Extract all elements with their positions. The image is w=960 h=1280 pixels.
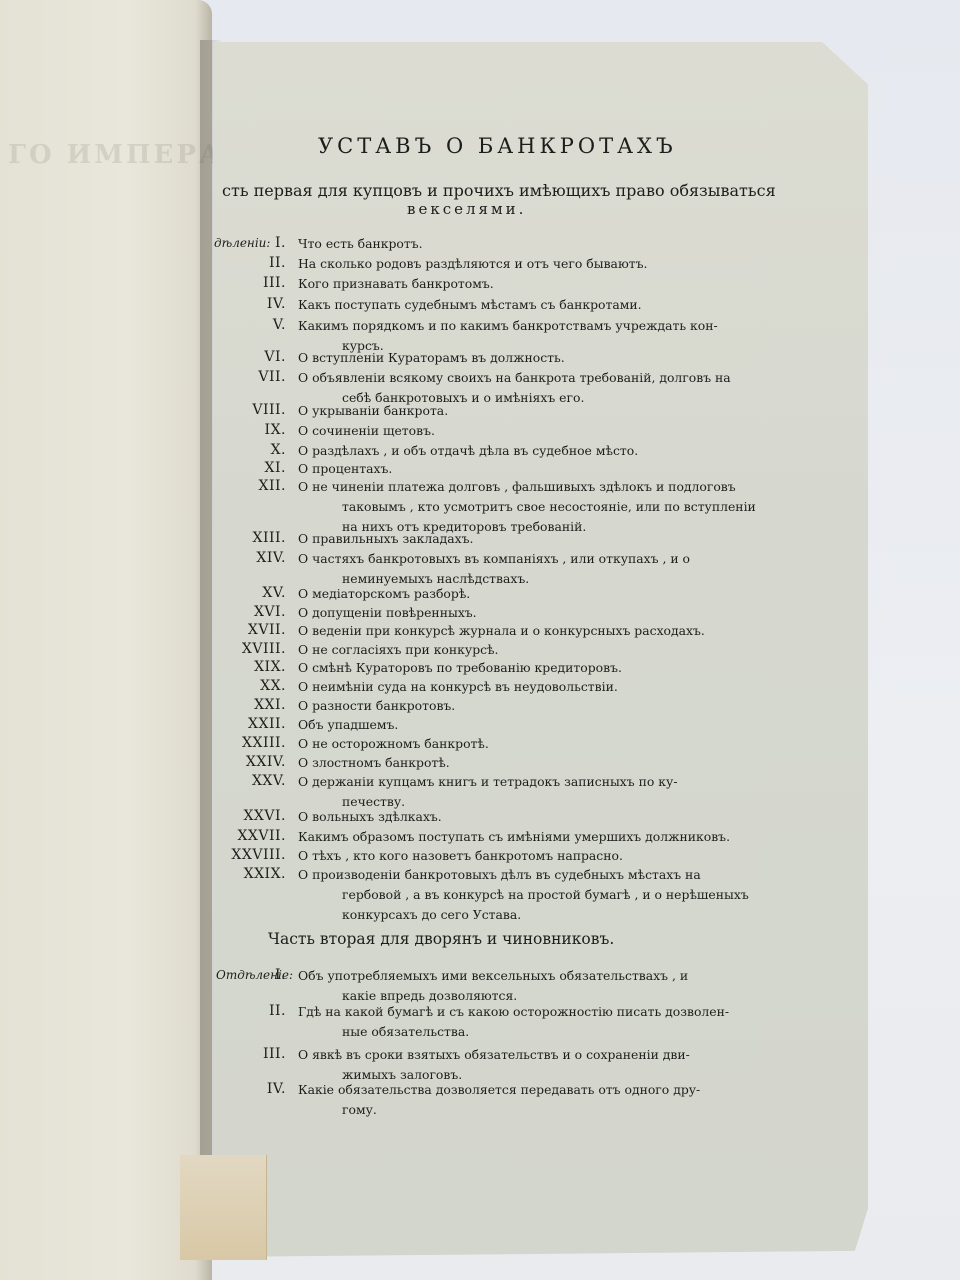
toc-entry: XVI.О допущенiи повѣренныхъ. xyxy=(298,604,477,621)
chapter-number: III. xyxy=(206,1046,286,1063)
toc-entry: III.Кого признавать банкротомъ. xyxy=(298,275,494,292)
chapter-number: XV. xyxy=(206,585,286,602)
chapter-number: XXVIII. xyxy=(206,847,286,864)
part1-heading-cont: векселями. xyxy=(407,200,526,218)
chapter-title: Какимъ порядкомъ и по какимъ банкротства… xyxy=(298,317,718,334)
chapter-title: На сколько родовъ раздѣляются и отъ чего… xyxy=(298,255,647,272)
chapter-title: О злостномъ банкротѣ. xyxy=(298,754,450,771)
chapter-title: О веденiи при конкурсѣ журнала и о конку… xyxy=(298,622,705,639)
toc-entry: XXVI.О вольныхъ здѣлкахъ. xyxy=(298,808,442,825)
toc-entry: XXIII.О не осторожномъ банкротѣ. xyxy=(298,735,489,752)
chapter-number: XXVI. xyxy=(206,808,286,825)
chapter-title: Какимъ образомъ поступать съ имѣнiями ум… xyxy=(298,828,730,845)
chapter-title: О правильныхъ закладахъ. xyxy=(298,530,473,547)
chapter-number: XVIII. xyxy=(206,641,286,658)
chapter-title: О медiаторскомъ разборѣ. xyxy=(298,585,470,602)
toc-entry: XXVIII.О тѣхъ , кто кого назоветъ банкро… xyxy=(298,847,623,864)
chapter-title-continued: гому. xyxy=(298,1101,700,1118)
part1-heading: сть первая для купцовъ и прочихъ имѣющих… xyxy=(222,181,776,200)
toc-entry: VII.О объявленiи всякому своихъ на банкр… xyxy=(298,369,731,406)
chapter-number: XXIX. xyxy=(206,866,286,883)
document-text: УСТАВЪ О БАНКРОТАХЪ сть первая для купцо… xyxy=(0,0,960,1280)
chapter-number: II. xyxy=(206,255,286,272)
chapter-title: О не чиненiи платежа долговъ , фальшивых… xyxy=(298,478,756,495)
toc-entry: XXI.О разности банкротовъ. xyxy=(298,697,455,714)
toc-entry: X.О раздѣлахъ , и объ отдачѣ дѣла въ суд… xyxy=(298,442,638,459)
chapter-number: XXIII. xyxy=(206,735,286,752)
chapter-title: О держанiи купцамъ книгъ и тетрадокъ зап… xyxy=(298,773,678,790)
toc-entry: XXII.Объ упадшемъ. xyxy=(298,716,398,733)
chapter-title: О вступленiи Кураторамъ въ должность. xyxy=(298,349,565,366)
toc-entry: XIV.О частяхъ банкротовыхъ въ компанiяхъ… xyxy=(298,550,690,587)
chapter-title: О неимѣнiи суда на конкурсѣ въ неудоволь… xyxy=(298,678,618,695)
chapter-number: XXI. xyxy=(206,697,286,714)
chapter-number: XII. xyxy=(206,478,286,495)
chapter-title: Объ упадшемъ. xyxy=(298,716,398,733)
chapter-number: I. xyxy=(206,967,286,984)
toc-entry: I.Что есть банкротъ. xyxy=(298,235,423,252)
toc-entry: XIX.О смѣнѣ Кураторовъ по требованiю кре… xyxy=(298,659,622,676)
toc-entry: III.О явкѣ въ сроки взятыхъ обязательств… xyxy=(298,1046,690,1083)
chapter-number: XIII. xyxy=(206,530,286,547)
chapter-title: Объ употребляемыхъ ими вексельныхъ обяза… xyxy=(298,967,688,984)
chapter-number: VIII. xyxy=(206,402,286,419)
chapter-number: XXV. xyxy=(206,773,286,790)
part2-heading: Часть вторая для дворянъ и чиновниковъ. xyxy=(268,930,614,948)
chapter-number: X. xyxy=(206,442,286,459)
chapter-title-continued: гербовой , а въ конкурсѣ на простой бума… xyxy=(298,886,749,903)
toc-entry: XX.О неимѣнiи суда на конкурсѣ въ неудов… xyxy=(298,678,618,695)
chapter-title: О не согласiяхъ при конкурсѣ. xyxy=(298,641,498,658)
chapter-number: II. xyxy=(206,1003,286,1020)
toc-entry: VI.О вступленiи Кураторамъ въ должность. xyxy=(298,349,565,366)
chapter-title-continued: конкурсахъ до сего Устава. xyxy=(298,906,749,923)
toc-entry: XXIX.О производенiи банкротовыхъ дѣлъ въ… xyxy=(298,866,749,923)
chapter-title: О явкѣ въ сроки взятыхъ обязательствъ и … xyxy=(298,1046,690,1063)
chapter-number: XX. xyxy=(206,678,286,695)
chapter-title: О разности банкротовъ. xyxy=(298,697,455,714)
toc-entry: VIII.О укрыванiи банкрота. xyxy=(298,402,448,419)
toc-entry: IV.Какъ поступать судебнымъ мѣстамъ съ б… xyxy=(298,296,642,313)
chapter-number: XXII. xyxy=(206,716,286,733)
chapter-number: IX. xyxy=(206,422,286,439)
chapter-number: VII. xyxy=(206,369,286,386)
chapter-number: XXIV. xyxy=(206,754,286,771)
chapter-title: Что есть банкротъ. xyxy=(298,235,423,252)
chapter-title-continued: ные обязательства. xyxy=(298,1023,729,1040)
chapter-title-continued: таковымъ , кто усмотритъ свое несостоянi… xyxy=(298,498,756,515)
chapter-title: Гдѣ на какой бумагѣ и съ какою осторожно… xyxy=(298,1003,729,1020)
chapter-title: О не осторожномъ банкротѣ. xyxy=(298,735,489,752)
chapter-title: О тѣхъ , кто кого назоветъ банкротомъ на… xyxy=(298,847,623,864)
chapter-title: О процентахъ. xyxy=(298,460,392,477)
chapter-number: V. xyxy=(206,317,286,334)
chapter-number: XXVII. xyxy=(206,828,286,845)
chapter-number: I. xyxy=(206,235,286,252)
toc-entry: XV.О медiаторскомъ разборѣ. xyxy=(298,585,470,602)
chapter-title: Какiе обязательства дозволяется передава… xyxy=(298,1081,700,1098)
chapter-number: XI. xyxy=(206,460,286,477)
chapter-title: О допущенiи повѣренныхъ. xyxy=(298,604,477,621)
chapter-number: IV. xyxy=(206,296,286,313)
toc-entry: XVII.О веденiи при конкурсѣ журнала и о … xyxy=(298,622,705,639)
chapter-title: О производенiи банкротовыхъ дѣлъ въ суде… xyxy=(298,866,749,883)
toc-entry: XII.О не чиненiи платежа долговъ , фальш… xyxy=(298,478,756,535)
toc-entry: XIII.О правильныхъ закладахъ. xyxy=(298,530,473,547)
chapter-number: XIV. xyxy=(206,550,286,567)
chapter-title: Какъ поступать судебнымъ мѣстамъ съ банк… xyxy=(298,296,642,313)
toc-entry: I.Объ употребляемыхъ ими вексельныхъ обя… xyxy=(298,967,688,1004)
document-title: УСТАВЪ О БАНКРОТАХЪ xyxy=(318,134,677,158)
chapter-title: О смѣнѣ Кураторовъ по требованiю кредито… xyxy=(298,659,622,676)
chapter-title: О сочиненiи щетовъ. xyxy=(298,422,435,439)
chapter-title-continued: какiе впредь дозволяются. xyxy=(298,987,688,1004)
toc-entry: XVIII.О не согласiяхъ при конкурсѣ. xyxy=(298,641,498,658)
chapter-number: III. xyxy=(206,275,286,292)
chapter-number: XVII. xyxy=(206,622,286,639)
toc-entry: IV.Какiе обязательства дозволяется перед… xyxy=(298,1081,700,1118)
chapter-title: О объявленiи всякому своихъ на банкрота … xyxy=(298,369,731,386)
toc-entry: XXVII.Какимъ образомъ поступать съ имѣнi… xyxy=(298,828,730,845)
toc-entry: XXIV.О злостномъ банкротѣ. xyxy=(298,754,450,771)
toc-entry: XXV.О держанiи купцамъ книгъ и тетрадокъ… xyxy=(298,773,678,810)
chapter-number: IV. xyxy=(206,1081,286,1098)
chapter-number: XIX. xyxy=(206,659,286,676)
chapter-number: XVI. xyxy=(206,604,286,621)
chapter-title: О частяхъ банкротовыхъ въ компанiяхъ , и… xyxy=(298,550,690,567)
toc-entry: IX.О сочиненiи щетовъ. xyxy=(298,422,435,439)
chapter-title: О укрыванiи банкрота. xyxy=(298,402,448,419)
chapter-number: VI. xyxy=(206,349,286,366)
chapter-title: Кого признавать банкротомъ. xyxy=(298,275,494,292)
toc-entry: II.На сколько родовъ раздѣляются и отъ ч… xyxy=(298,255,647,272)
chapter-title: О вольныхъ здѣлкахъ. xyxy=(298,808,442,825)
chapter-title: О раздѣлахъ , и объ отдачѣ дѣла въ судеб… xyxy=(298,442,638,459)
toc-entry: II.Гдѣ на какой бумагѣ и съ какою осторо… xyxy=(298,1003,729,1040)
toc-entry: XI.О процентахъ. xyxy=(298,460,392,477)
